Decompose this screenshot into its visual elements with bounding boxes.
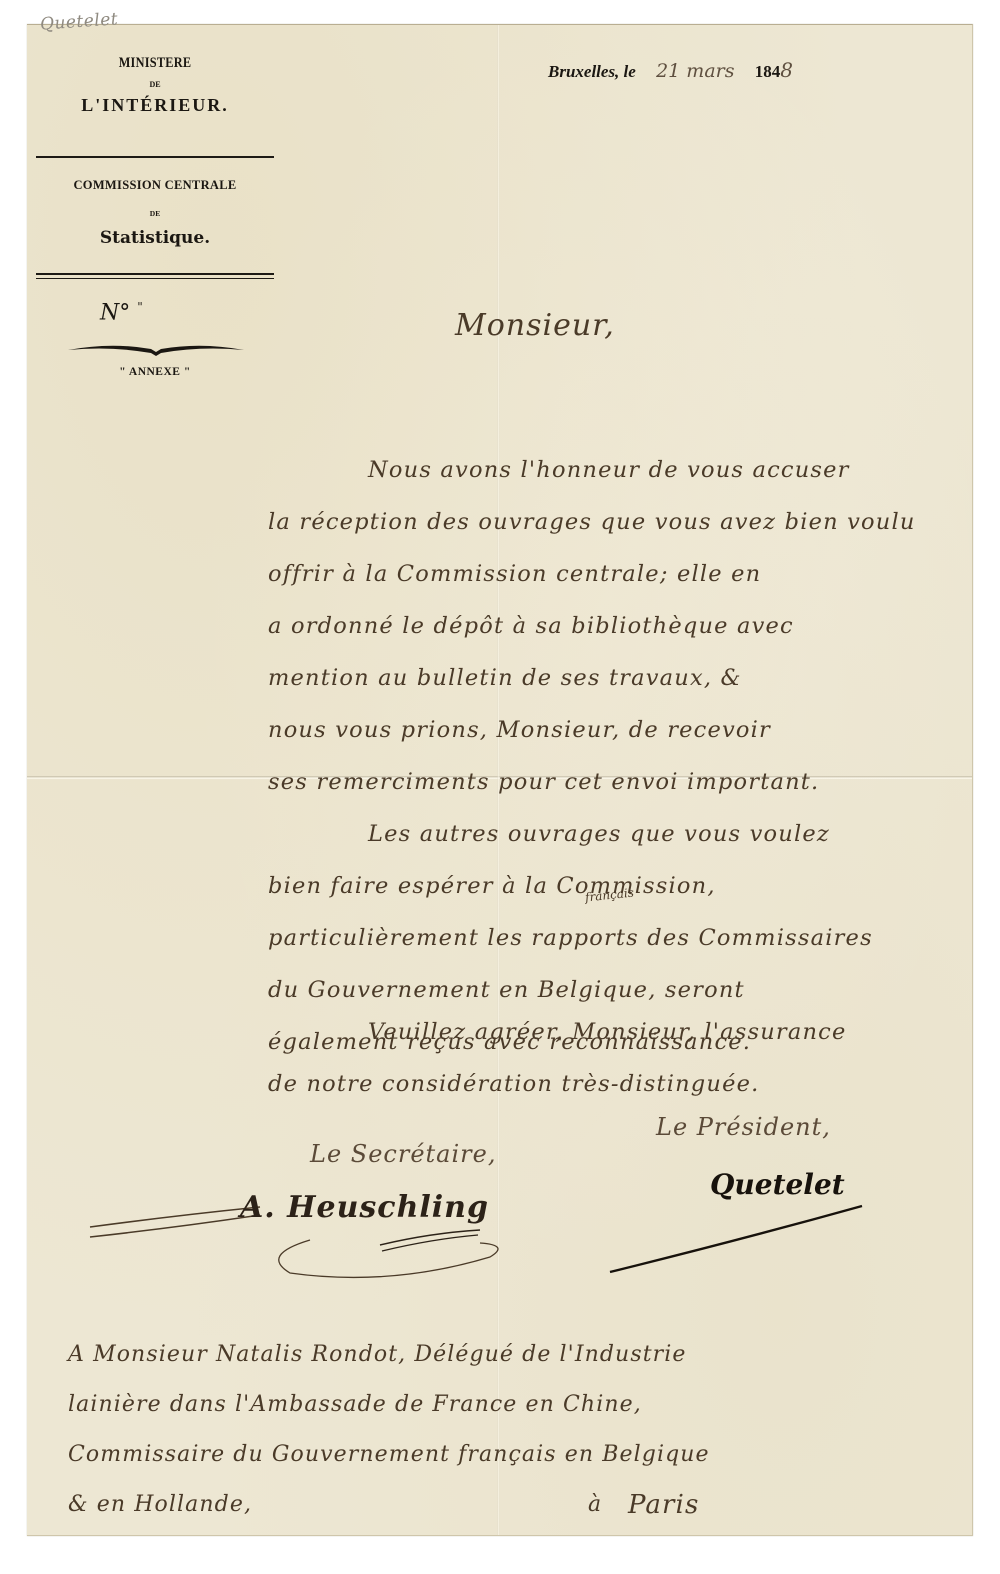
address-line: A Monsieur Natalis Rondot, Délégué de l'…	[68, 1330, 968, 1380]
letterhead-ministry: MINISTERE DE L'INTÉRIEUR.	[36, 55, 274, 116]
ornamental-swash-icon	[66, 340, 246, 360]
closing-formula: Veuillez agréer, Monsieur, l'assurance d…	[268, 1006, 958, 1110]
address-line: & en Hollande,	[68, 1492, 252, 1517]
body-line: offrir à la Commission centrale; elle en	[268, 548, 948, 600]
letterhead-double-rule-top	[36, 273, 274, 275]
body-line: mention au bulletin de ses travaux, &	[268, 652, 948, 704]
body-line: bien faire espérer à la Commission,	[268, 860, 948, 912]
numero-mark: "	[137, 300, 143, 314]
recipient-address: A Monsieur Natalis Rondot, Délégué de l'…	[68, 1330, 968, 1530]
body-line: nous vous prions, Monsieur, de recevoir	[268, 704, 948, 756]
letterhead-divider	[36, 156, 274, 158]
destination-city: Paris	[628, 1480, 699, 1530]
dateline-year-printed: 184	[755, 62, 781, 81]
address-line: Commissaire du Gouvernement français en …	[68, 1430, 968, 1480]
body-line: ses remerciments pour cet envoi importan…	[268, 756, 948, 808]
dateline-date: 21 mars	[656, 60, 734, 82]
body-line: Nous avons l'honneur de vous accuser	[268, 444, 948, 496]
president-signature: Quetelet	[710, 1168, 845, 1201]
body-line: a ordonné le dépôt à sa bibliothèque ave…	[268, 600, 948, 652]
secretary-title: Le Secrétaire,	[310, 1140, 496, 1168]
annexe-label: " ANNEXE "	[36, 366, 274, 378]
dateline-city: Bruxelles, le	[548, 62, 636, 81]
numero-label: N°	[100, 300, 130, 325]
body-line: la réception des ouvrages que vous avez …	[268, 496, 948, 548]
letterhead-interieur: L'INTÉRIEUR.	[36, 95, 274, 116]
dateline: Bruxelles, le 21 mars 1848	[548, 58, 793, 82]
letterhead-commission: COMMISSION CENTRALE	[36, 178, 274, 193]
salutation: Monsieur,	[455, 308, 615, 343]
numero-field: N° "	[100, 300, 143, 325]
address-last-line: & en Hollande, à Paris	[68, 1480, 968, 1530]
letterhead-ministere: MINISTERE	[57, 55, 252, 72]
body-line: particulièrement les rapports des Commis…	[268, 912, 948, 964]
closing-line: Veuillez agréer, Monsieur, l'assurance	[268, 1006, 958, 1058]
address-line: lainière dans l'Ambassade de France en C…	[68, 1380, 968, 1430]
closing-line: de notre considération très-distinguée.	[268, 1058, 958, 1110]
letterhead-de: DE	[36, 80, 274, 89]
letterhead-double-rule-bottom	[36, 278, 274, 279]
letterhead-statistique: Statistique.	[36, 228, 274, 248]
destination-prefix: à	[588, 1480, 602, 1530]
secretary-signature: A. Heuschling	[240, 1190, 489, 1225]
president-title: Le Président,	[656, 1113, 831, 1141]
letter-body: Nous avons l'honneur de vous accuser la …	[268, 444, 948, 1068]
dateline-year-handwritten: 8	[780, 58, 793, 82]
body-line: Les autres ouvrages que vous voulez	[268, 808, 948, 860]
letterhead-de-2: DE	[36, 209, 274, 218]
